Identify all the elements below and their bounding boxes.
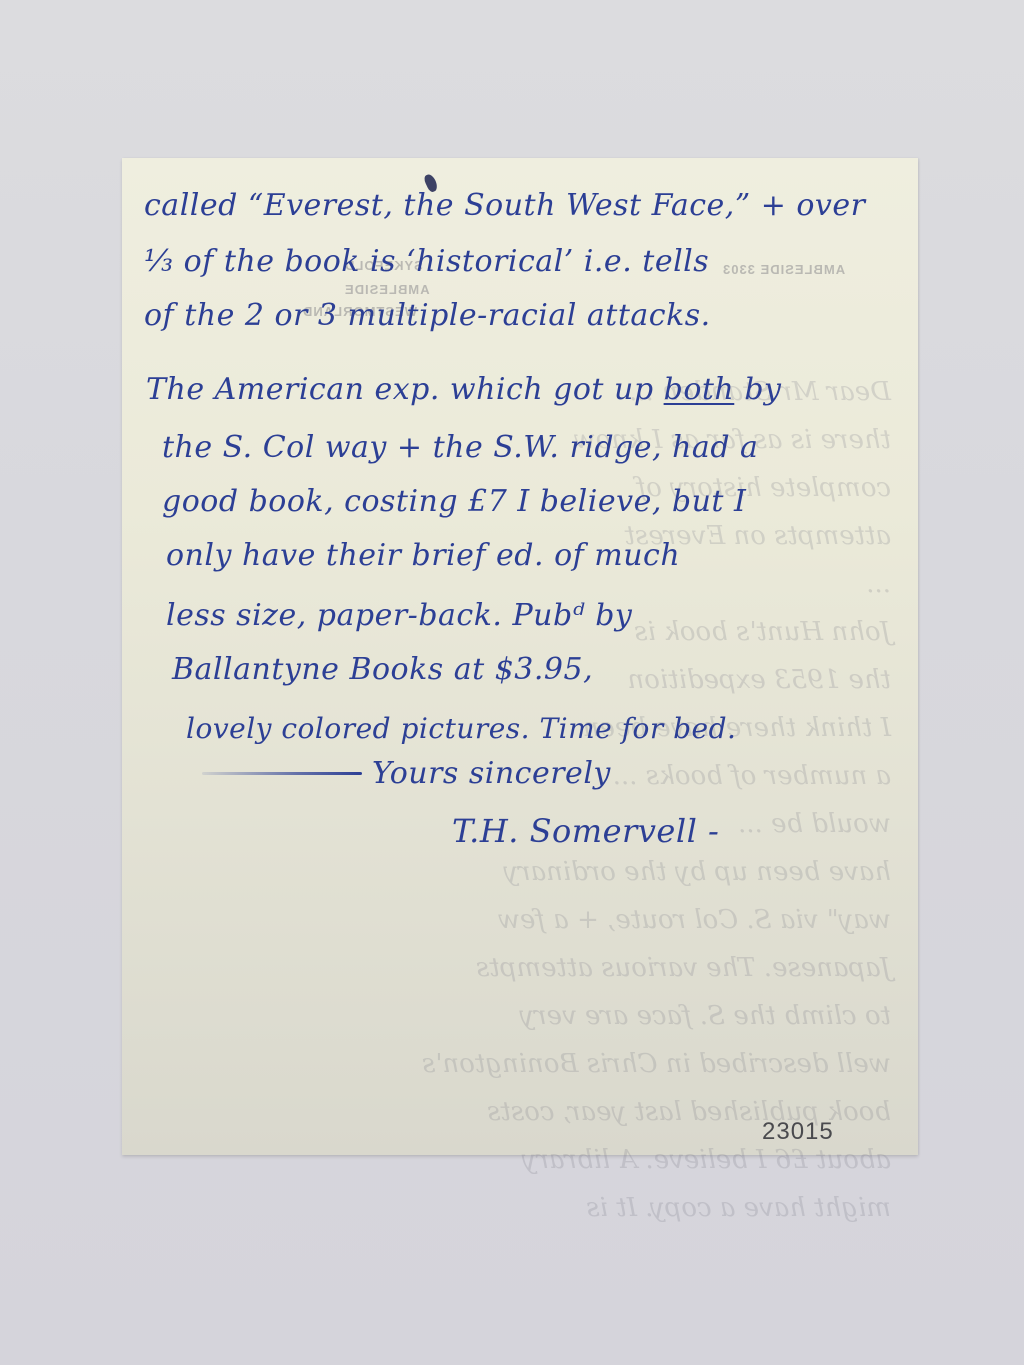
letter-line-5: the S. Col way + the S.W. ridge, had a [162, 430, 758, 465]
closing-dash [202, 772, 362, 775]
letter-line-9: Ballantyne Books at $3.95, [172, 652, 593, 687]
ghost-letterhead-phone: AMBLESIDE 3303 [722, 262, 845, 277]
letter-line-4-text: The American exp. which got up [146, 372, 654, 407]
letter-line-1: called “Everest, the South West Face,” +… [144, 188, 865, 223]
signature: T.H. Somervell - [452, 812, 719, 850]
closing: Yours sincerely [372, 756, 611, 791]
letter-page: AMBLESIDE 3303 SYKEFOLD AMBLESIDE WESTMO… [122, 158, 918, 1155]
underlined-word-both: both [664, 372, 735, 407]
letter-line-7: only have their brief ed. of much [166, 538, 680, 573]
letter-line-3: of the 2 or 3 multiple-racial attacks. [144, 298, 711, 333]
letter-line-6: good book, costing £7 I believe, but I [162, 484, 746, 519]
ghost-letterhead-town: AMBLESIDE [344, 282, 430, 297]
letter-line-4-tail: by [744, 372, 781, 407]
letter-line-8: less size, paper-back. Pubᵈ by [166, 598, 632, 633]
catalog-number: 23015 [762, 1118, 834, 1146]
letter-line-4: The American exp. which got up both by [146, 372, 781, 407]
letter-line-2: ⅓ of the book is ‘historical’ i.e. tells [144, 244, 709, 279]
letter-line-10: lovely colored pictures. Time for bed. [186, 712, 736, 745]
